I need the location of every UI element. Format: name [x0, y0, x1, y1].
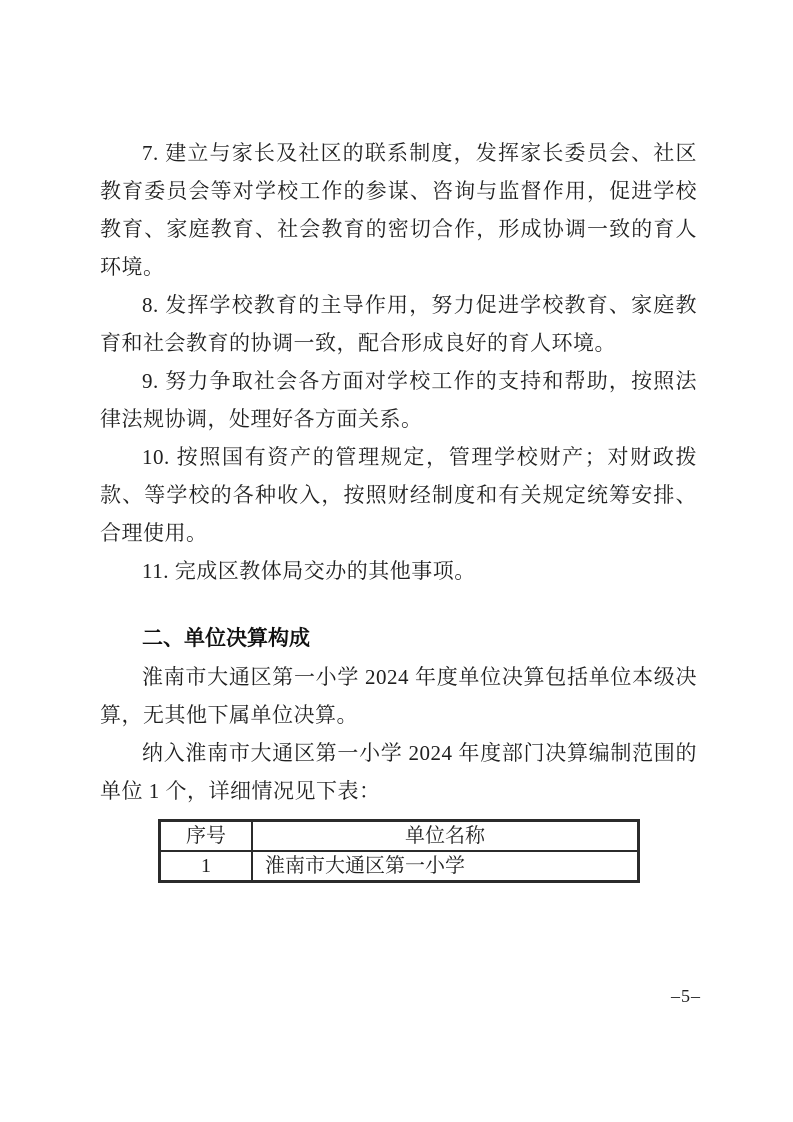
table-cell-unit-name: 淮南市大通区第一小学	[252, 851, 639, 882]
paragraph-table-intro: 纳入淮南市大通区第一小学 2024 年度部门决算编制范围的单位 1 个，详细情况…	[100, 734, 697, 810]
table-cell-index: 1	[160, 851, 253, 882]
numbered-item-7: 7. 建立与家长及社区的联系制度，发挥家长委员会、社区教育委员会等对学校工作的参…	[100, 134, 697, 286]
table-header-index: 序号	[160, 821, 253, 852]
section-heading: 二、单位决算构成	[100, 620, 697, 658]
numbered-item-11: 11. 完成区教体局交办的其他事项。	[100, 552, 697, 590]
document-body: 7. 建立与家长及社区的联系制度，发挥家长委员会、社区教育委员会等对学校工作的参…	[100, 134, 697, 883]
document-page: 7. 建立与家长及社区的联系制度，发挥家长委员会、社区教育委员会等对学校工作的参…	[0, 0, 793, 1122]
paragraph-unit-composition: 淮南市大通区第一小学 2024 年度单位决算包括单位本级决算，无其他下属单位决算…	[100, 658, 697, 734]
numbered-item-10: 10. 按照国有资产的管理规定，管理学校财产；对财政拨款、等学校的各种收入，按照…	[100, 438, 697, 552]
unit-list-table: 序号 单位名称 1 淮南市大通区第一小学	[158, 819, 640, 883]
table-header-row: 序号 单位名称	[160, 821, 639, 852]
table-row: 1 淮南市大通区第一小学	[160, 851, 639, 882]
page-number: –5–	[671, 986, 701, 1007]
table-header-unit-name: 单位名称	[252, 821, 639, 852]
numbered-item-8: 8. 发挥学校教育的主导作用，努力促进学校教育、家庭教育和社会教育的协调一致，配…	[100, 286, 697, 362]
numbered-item-9: 9. 努力争取社会各方面对学校工作的支持和帮助，按照法律法规协调，处理好各方面关…	[100, 362, 697, 438]
